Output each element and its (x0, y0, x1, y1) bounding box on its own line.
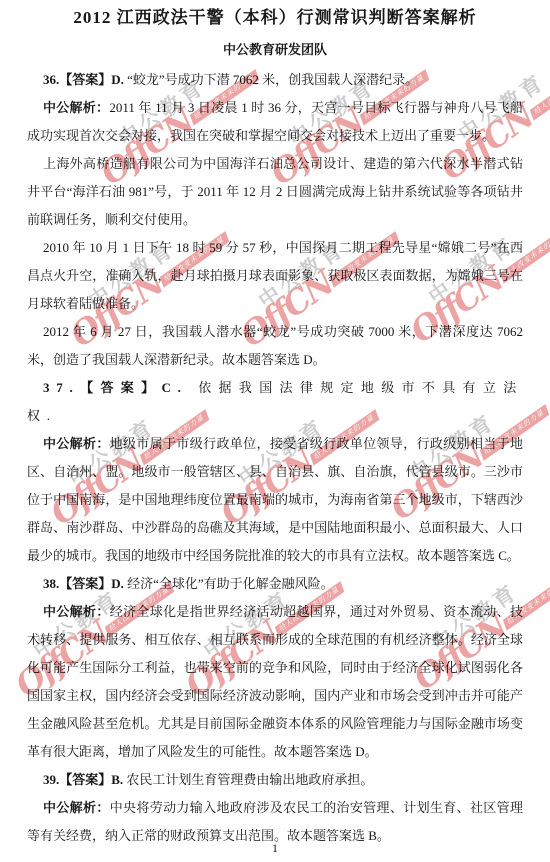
answer-marker: 36.【答案】D. (43, 72, 124, 87)
analysis-label: 中公解析： (43, 800, 110, 815)
answer-line-q39: 39.【答案】B. 农民工计划生育管理费由输出地政府承担。 (27, 766, 523, 794)
answer-line-q36: 36.【答案】D. “蛟龙”号成功下潜 7062 米，创我国载人深潜纪录。 (27, 66, 523, 94)
doc-subtitle: 中公教育研发团队 (0, 41, 550, 59)
analysis-paragraph: 中公解析：2011 年 11 月 3 日凌晨 1 时 36 分，天宫一号目标飞行… (27, 94, 523, 150)
answer-marker: 38.【答案】D. (43, 576, 124, 591)
page-number: 1 (0, 841, 550, 856)
analysis-paragraph: 2010 年 10 月 1 日下午 18 时 59 分 57 秒，中国探月二期工… (27, 234, 523, 318)
document-page: 中公教育OffCN给人改变未来的力量中公教育OffCN给人改变未来的力量中公教育… (0, 0, 550, 862)
analysis-paragraph: 中公解析：经济全球化是指世界经济活动超越国界，通过对外贸易、资本流动、技术转移、… (27, 598, 523, 766)
answer-marker: 39.【答案】B. (43, 772, 123, 787)
answer-marker: 37.【答案】C. (43, 380, 188, 395)
doc-title: 2012 江西政法干警（本科）行测常识判断答案解析 (0, 0, 550, 29)
analysis-label: 中公解析： (43, 604, 110, 619)
analysis-label: 中公解析： (43, 100, 109, 115)
analysis-paragraph: 中公解析：地级市属于市级行政单位，接受省级行政单位领导，行政级别相当于地区、自治… (27, 430, 523, 570)
document-body: 2012 江西政法干警（本科）行测常识判断答案解析 中公教育研发团队 36.【答… (0, 0, 550, 850)
doc-content: 36.【答案】D. “蛟龙”号成功下潜 7062 米，创我国载人深潜纪录。中公解… (27, 66, 523, 850)
analysis-label: 中公解析： (43, 436, 110, 451)
answer-line-q38: 38.【答案】D. 经济“全球化”有助于化解金融风险。 (27, 570, 523, 598)
analysis-paragraph: 2012 年 6 月 27 日，我国载人潜水器“蛟龙”号成功突破 7000 米，… (27, 318, 523, 374)
analysis-paragraph: 上海外高桥造船有限公司为中国海洋石油总公司设计、建造的第六代深水半潜式钻井平台“… (27, 150, 523, 234)
answer-line-q37: 37.【答案】C. 依据我国法律规定地级市不具有立法权. (27, 374, 523, 430)
